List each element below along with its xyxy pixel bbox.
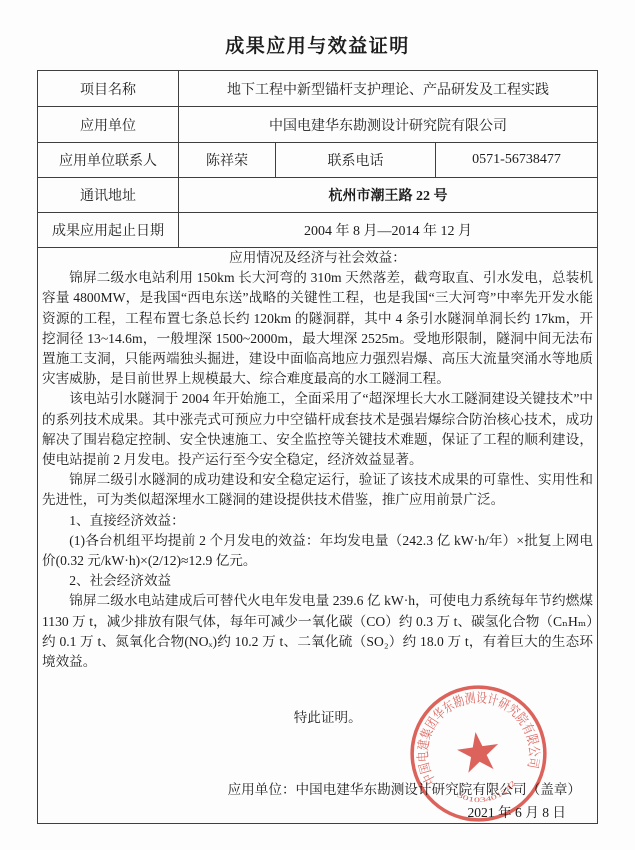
address-value: 杭州市潮王路 22 号 [179,178,598,213]
paragraph-overview: 锦屏二级水电站利用 150km 长大河弯的 310m 天然落差，截弯取直、引水发… [42,268,593,389]
period-label: 成果应用起止日期 [38,213,179,248]
contact-label: 应用单位联系人 [38,143,179,178]
phone-value: 0571-56738477 [436,143,598,178]
applicant-label: 应用单位 [38,107,179,143]
project-name-value: 地下工程中新型锚杆支护理论、产品研发及工程实践 [179,71,598,107]
contact-name-value: 陈祥荣 [179,143,276,178]
address-label: 通讯地址 [38,178,179,213]
table-row: 应用单位 中国电建华东勘测设计研究院有限公司 [38,107,598,143]
paragraph-direct-benefit-heading: 1、直接经济效益： [42,511,593,531]
info-table: 项目名称 地下工程中新型锚杆支护理论、产品研发及工程实践 应用单位 中国电建华东… [37,70,598,824]
page-title: 成果应用与效益证明 [0,0,635,58]
table-row: 成果应用起止日期 2004 年 8 月—2014 年 12 月 [38,213,598,248]
table-row: 应用情况及经济与社会效益： 锦屏二级水电站利用 150km 长大河弯的 310m… [38,248,598,824]
paragraph-construction: 该电站引水隧洞于 2004 年开始施工，全面采用了“超深埋长大水工隧洞建设关键技… [42,389,593,470]
section-heading: 应用情况及经济与社会效益： [42,248,593,268]
paragraph-social-benefit-heading: 2、社会经济效益 [42,571,593,591]
certificate-page: 成果应用与效益证明 项目名称 地下工程中新型锚杆支护理论、产品研发及工程实践 应… [0,0,635,850]
table-row: 通讯地址 杭州市潮王路 22 号 [38,178,598,213]
period-value: 2004 年 8 月—2014 年 12 月 [179,213,598,248]
paragraph-direct-benefit-calc: (1)各台机组平均提前 2 个月发电的效益：年均发电量（242.3 亿 kW·h… [42,531,593,571]
table-row: 应用单位联系人 陈祥荣 联系电话 0571-56738477 [38,143,598,178]
signature-line: 应用单位：中国电建华东勘测设计研究院有限公司（盖章） [42,780,593,800]
date-line: 2021 年 6 月 8 日 [42,803,593,823]
applicant-value: 中国电建华东勘测设计研究院有限公司 [179,107,598,143]
paragraph-social-benefit: 锦屏二级水电站建成后可替代火电年发电量 239.6 亿 kW·h，可使电力系统每… [42,591,593,672]
project-name-label: 项目名称 [38,71,179,107]
application-details-cell: 应用情况及经济与社会效益： 锦屏二级水电站利用 150km 长大河弯的 310m… [38,248,598,824]
closing-statement: 特此证明。 [42,708,593,728]
phone-label: 联系电话 [276,143,436,178]
paragraph-validation: 锦屏二级引水隧洞的成功建设和安全稳定运行，验证了该技术成果的可靠性、实用性和先进… [42,470,593,510]
table-row: 项目名称 地下工程中新型锚杆支护理论、产品研发及工程实践 [38,71,598,107]
